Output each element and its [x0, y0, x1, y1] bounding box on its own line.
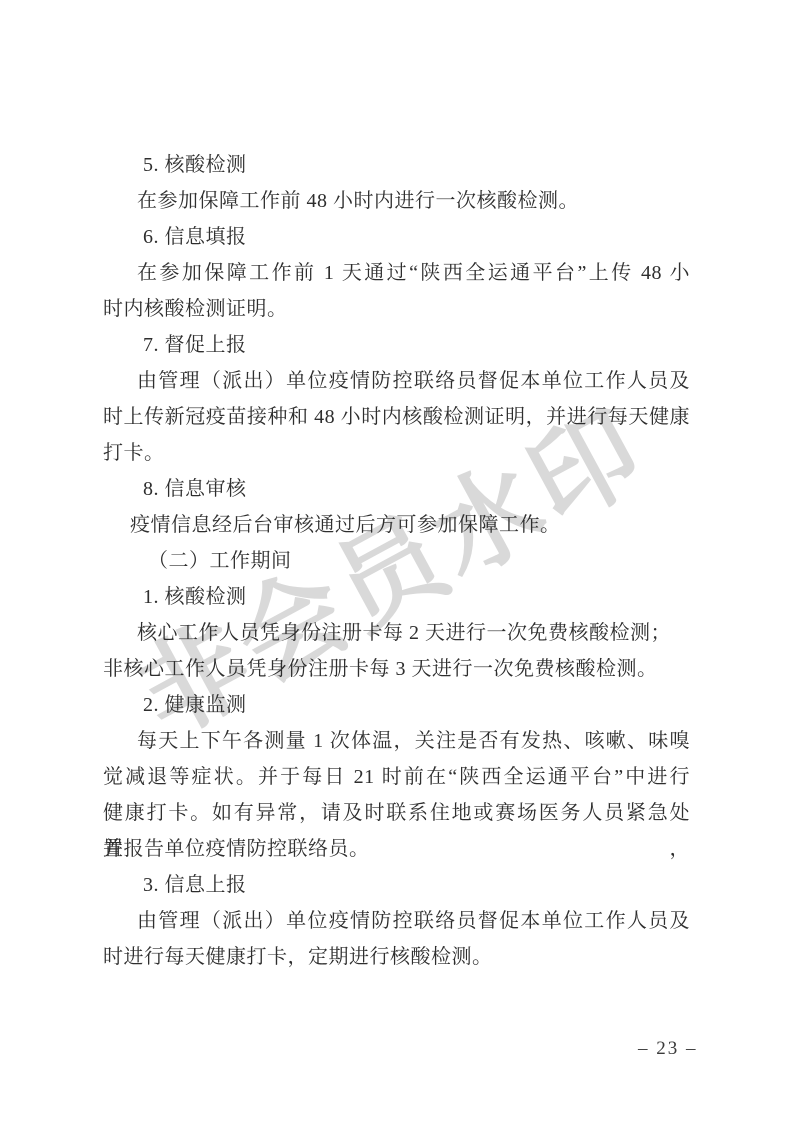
paragraph-line: 核心工作人员凭身份注册卡每 2 天进行一次免费核酸检测； — [103, 615, 690, 651]
paragraph-line: 觉减退等症状。并于每日 21 时前在“陕西全运通平台”中进行 — [103, 759, 690, 795]
paragraph-line: 非核心工作人员凭身份注册卡每 3 天进行一次免费核酸检测。 — [103, 651, 690, 687]
page-number: – 23 – — [638, 1038, 698, 1060]
paragraph-line: 在参加保障工作前 1 天通过“陕西全运通平台”上传 48 小 — [103, 255, 690, 291]
item-heading-line: 8. 信息审核 — [103, 471, 690, 507]
item-heading-line: 3. 信息上报 — [103, 867, 690, 903]
item-heading-line: 7. 督促上报 — [103, 327, 690, 363]
paragraph-line: 时内核酸检测证明。 — [103, 291, 690, 327]
document-page: 非会员水印 5. 核酸检测 在参加保障工作前 48 小时内进行一次核酸检测。 6… — [0, 0, 793, 1122]
item-heading-line: 5. 核酸检测 — [103, 147, 690, 183]
paragraph-line: 打卡。 — [103, 435, 690, 471]
paragraph-line: 由管理（派出）单位疫情防控联络员督促本单位工作人员及 — [103, 903, 690, 939]
item-heading-line: 6. 信息填报 — [103, 219, 690, 255]
document-body: 5. 核酸检测 在参加保障工作前 48 小时内进行一次核酸检测。 6. 信息填报… — [103, 147, 690, 975]
paragraph-line: 每天上下午各测量 1 次体温，关注是否有发热、咳嗽、味嗅 — [103, 723, 690, 759]
paragraph-line: 由管理（派出）单位疫情防控联络员督促本单位工作人员及 — [103, 363, 690, 399]
item-heading-line: 1. 核酸检测 — [103, 579, 690, 615]
paragraph-line: 时上传新冠疫苗接种和 48 小时内核酸检测证明，并进行每天健康 — [103, 399, 690, 435]
paragraph-line: 健康打卡。如有异常，请及时联系住地或赛场医务人员紧急处置， — [103, 795, 690, 831]
paragraph-line: 时进行每天健康打卡，定期进行核酸检测。 — [103, 939, 690, 975]
subsection-heading-line: （二）工作期间 — [103, 543, 690, 579]
item-heading-line: 2. 健康监测 — [103, 687, 690, 723]
paragraph-line: 在参加保障工作前 48 小时内进行一次核酸检测。 — [103, 183, 690, 219]
paragraph-line: 疫情信息经后台审核通过后方可参加保障工作。 — [103, 507, 690, 543]
